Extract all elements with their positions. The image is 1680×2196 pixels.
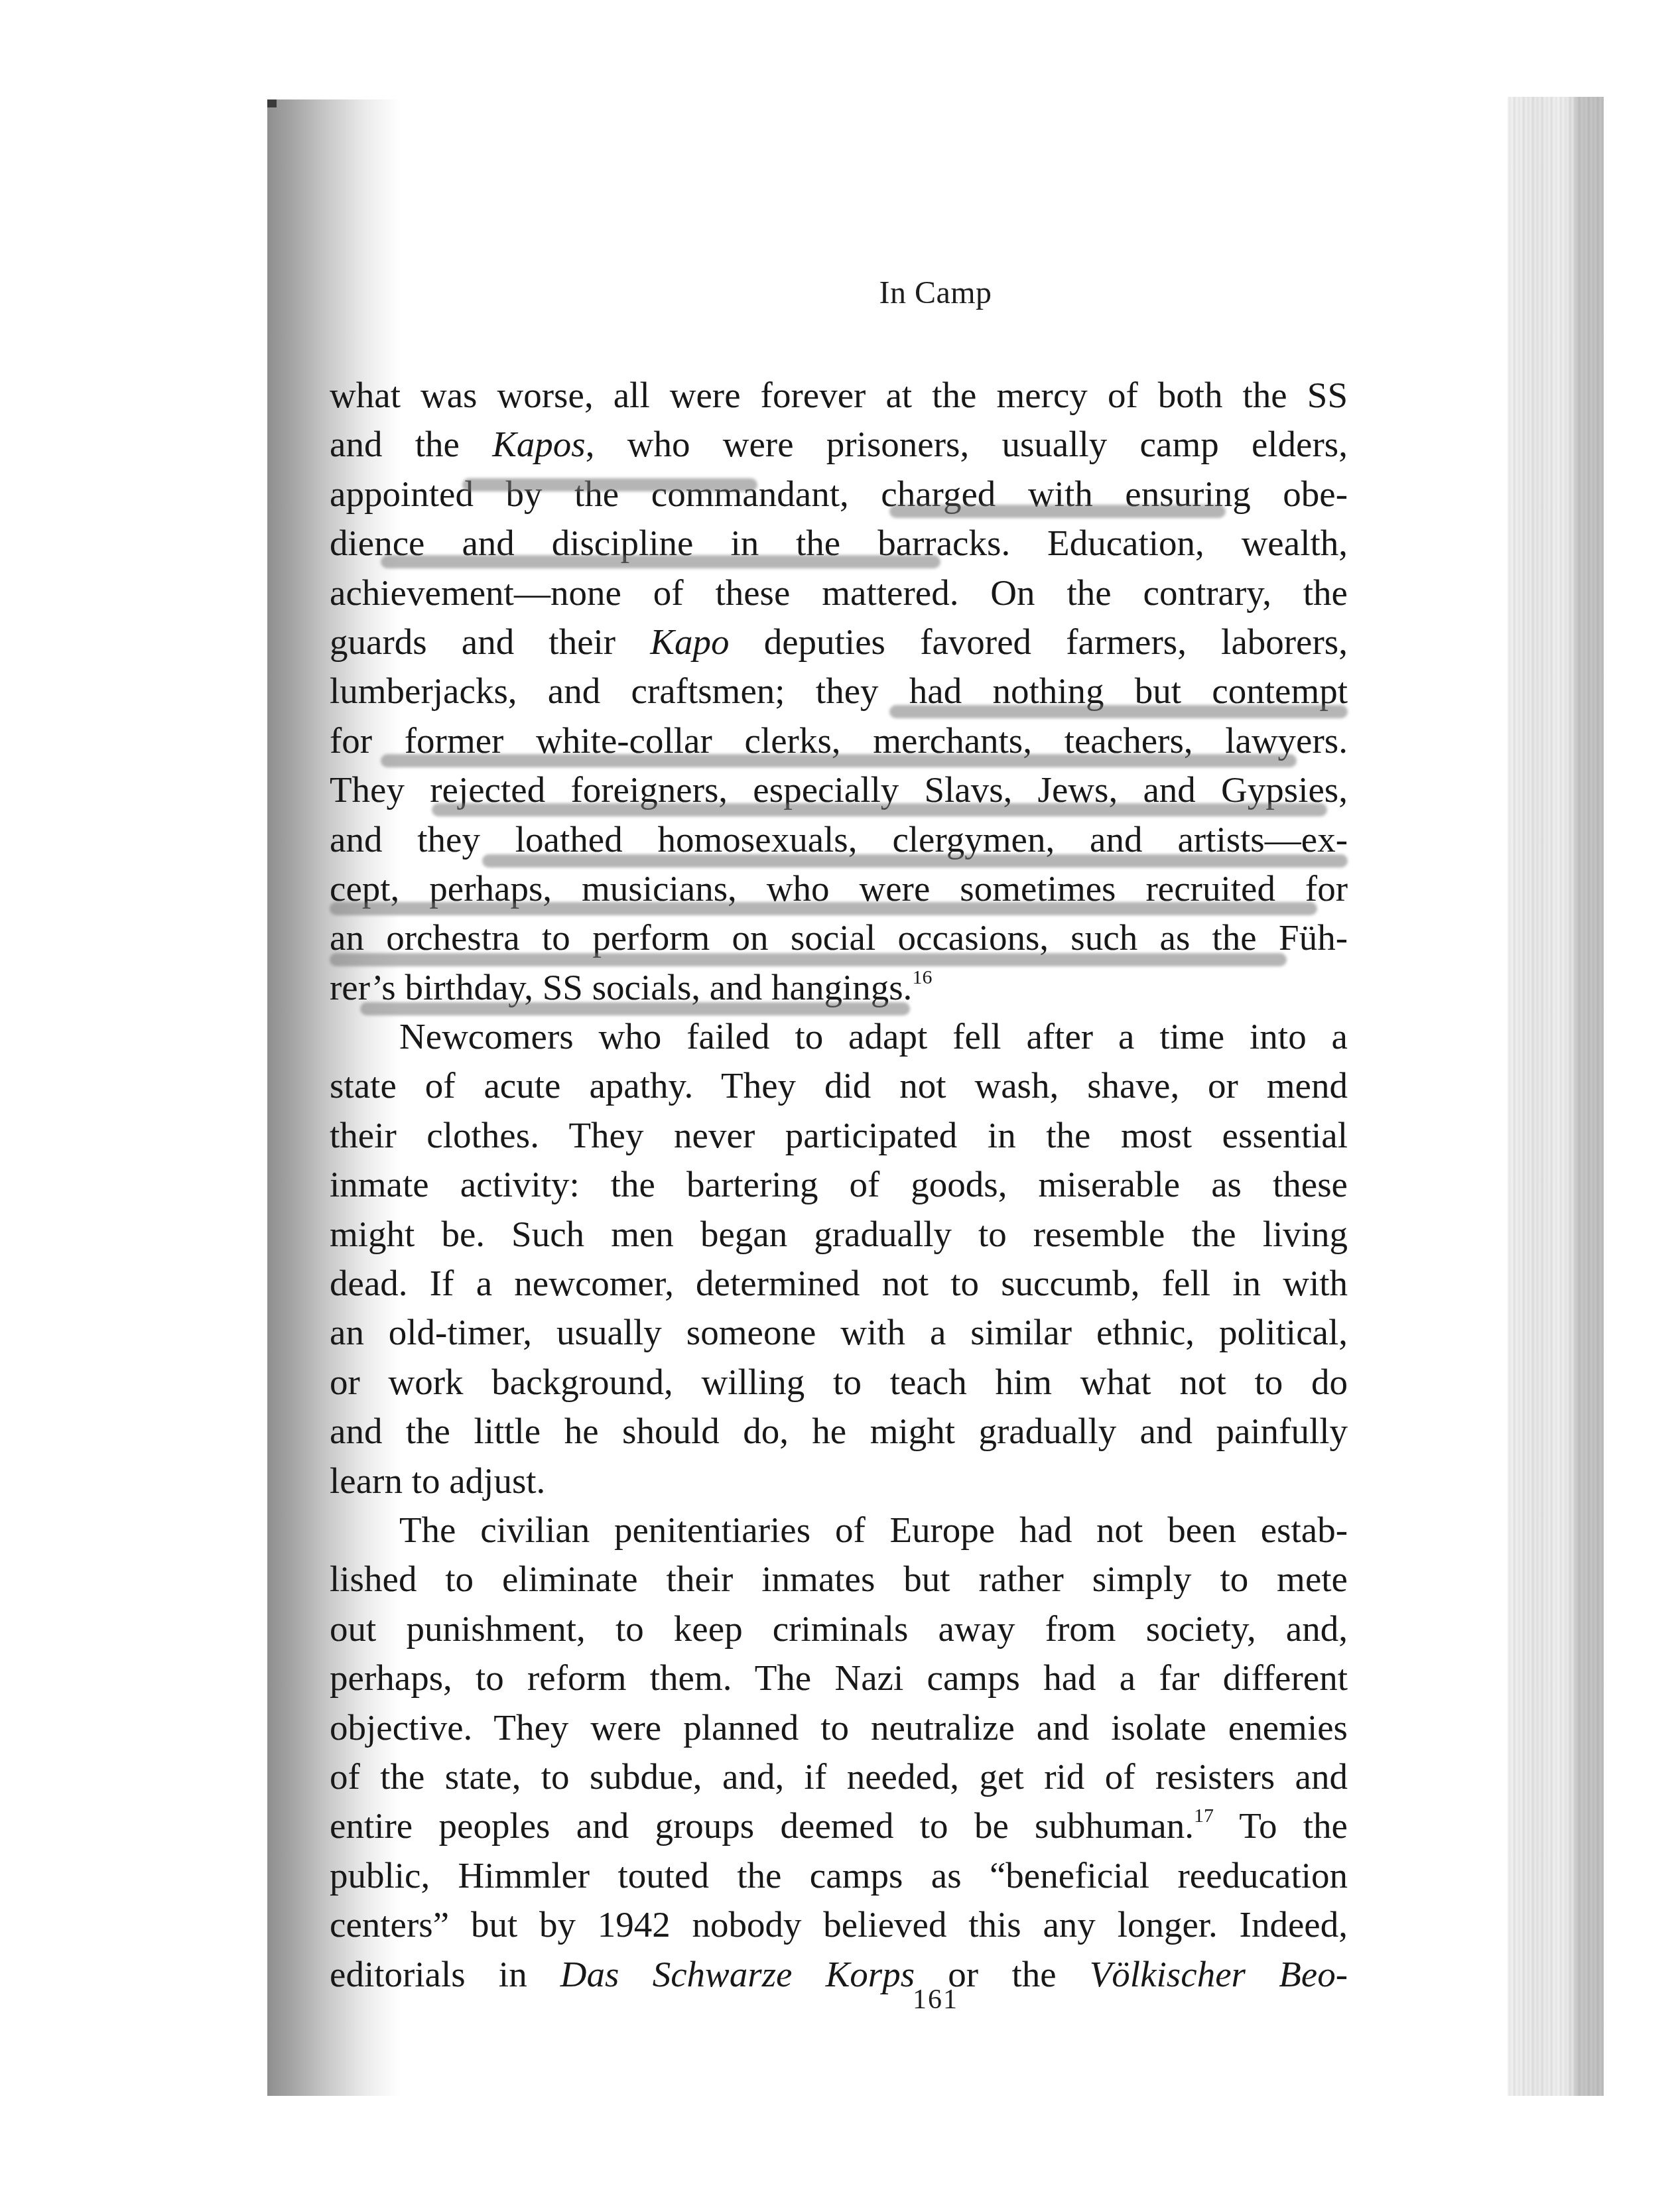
text-run: entire peoples and groups deemed to be s… xyxy=(330,1805,1194,1846)
text-line: dead. If a newcomer, determined not to s… xyxy=(330,1259,1348,1308)
highlighter-mark xyxy=(330,953,1287,966)
text-run: might be. Such men began gradually to re… xyxy=(330,1214,1348,1254)
highlighter-mark xyxy=(889,505,1226,518)
text-line: of the state, to subdue, and, if needed,… xyxy=(330,1752,1348,1801)
text-line: what was worse, all were forever at the … xyxy=(330,371,1348,420)
text-line: state of acute apathy. They did not wash… xyxy=(330,1061,1348,1110)
text-line: inmate activity: the bartering of goods,… xyxy=(330,1160,1348,1209)
text-run: deputies favored farmers, laborers, xyxy=(730,621,1348,662)
text-run: The civilian penitentiaries of Europe ha… xyxy=(399,1510,1348,1550)
text-line: might be. Such men began gradually to re… xyxy=(330,1210,1348,1259)
text-line: and the little he should do, he might gr… xyxy=(330,1407,1348,1456)
running-head: In Camp xyxy=(267,273,1604,313)
text-run: their clothes. They never participated i… xyxy=(330,1115,1348,1155)
highlighter-mark xyxy=(462,478,757,491)
text-run: , who were prisoners, usually camp elder… xyxy=(586,424,1348,464)
italic-term: Kapo xyxy=(650,621,729,662)
text-line: guards and their Kapo deputies favored f… xyxy=(330,617,1348,667)
text-line: lished to eliminate their inmates but ra… xyxy=(330,1555,1348,1604)
text-line: objective. They were planned to neutrali… xyxy=(330,1703,1348,1752)
highlighter-mark xyxy=(330,902,1317,915)
text-line: centers” but by 1942 nobody believed thi… xyxy=(330,1900,1348,1949)
text-run: or work background, willing to teach him… xyxy=(330,1362,1348,1402)
highlighter-mark xyxy=(381,555,940,568)
body-text: what was worse, all were forever at the … xyxy=(330,371,1348,1999)
highlighter-mark xyxy=(381,754,1297,767)
text-line: achievement—none of these mattered. On t… xyxy=(330,568,1348,617)
text-line: The civilian penitentiaries of Europe ha… xyxy=(330,1506,1348,1555)
text-run: guards and their xyxy=(330,621,650,662)
text-run: inmate activity: the bartering of goods,… xyxy=(330,1164,1348,1204)
text-line: public, Himmler touted the camps as “ben… xyxy=(330,1851,1348,1900)
text-run: rer’s birthday, SS socials, and hangings… xyxy=(330,967,912,1007)
text-run: public, Himmler touted the camps as “ben… xyxy=(330,1855,1348,1896)
text-run: learn to adjust. xyxy=(330,1460,545,1501)
text-line: an old-timer, usually someone with a sim… xyxy=(330,1308,1348,1357)
text-run: dead. If a newcomer, determined not to s… xyxy=(330,1263,1348,1303)
text-run: an old-timer, usually someone with a sim… xyxy=(330,1312,1348,1352)
text-run: and the xyxy=(330,424,492,464)
text-line: their clothes. They never participated i… xyxy=(330,1111,1348,1160)
text-line: learn to adjust. xyxy=(330,1456,1348,1506)
text-line: out punishment, to keep criminals away f… xyxy=(330,1604,1348,1653)
page-corner-shadow xyxy=(267,99,277,107)
text-run: centers” but by 1942 nobody believed thi… xyxy=(330,1904,1348,1945)
text-run: objective. They were planned to neutrali… xyxy=(330,1707,1348,1748)
highlighter-mark xyxy=(889,705,1348,718)
page-edge-strip xyxy=(1508,97,1604,2096)
footnote-ref: 16 xyxy=(912,966,932,988)
text-run: of the state, to subdue, and, if needed,… xyxy=(330,1756,1348,1797)
text-line: or work background, willing to teach him… xyxy=(330,1358,1348,1407)
text-run: lished to eliminate their inmates but ra… xyxy=(330,1559,1348,1599)
text-run: state of acute apathy. They did not wash… xyxy=(330,1065,1348,1106)
book-page: In Camp what was worse, all were forever… xyxy=(267,99,1604,2096)
text-run: achievement—none of these mattered. On t… xyxy=(330,572,1348,613)
text-line: and the Kapos, who were prisoners, usual… xyxy=(330,420,1348,469)
text-line: Newcomers who failed to adapt fell after… xyxy=(330,1012,1348,1061)
text-run: Newcomers who failed to adapt fell after… xyxy=(399,1016,1348,1057)
text-line: entire peoples and groups deemed to be s… xyxy=(330,1801,1348,1850)
italic-term: Kapos xyxy=(492,424,586,464)
text-run: what was worse, all were forever at the … xyxy=(330,375,1348,415)
text-run: out punishment, to keep criminals away f… xyxy=(330,1608,1348,1649)
text-run: and the little he should do, he might gr… xyxy=(330,1411,1348,1451)
footnote-ref: 17 xyxy=(1194,1805,1214,1827)
text-run: an orchestra to perform on social occasi… xyxy=(330,917,1348,958)
text-run: To the xyxy=(1214,1805,1348,1846)
highlighter-mark xyxy=(482,854,1348,868)
text-line: perhaps, to reform them. The Nazi camps … xyxy=(330,1653,1348,1703)
page-number: 161 xyxy=(267,1983,1604,2016)
highlighter-mark xyxy=(360,1002,910,1015)
text-run: and they loathed homosexuals, clergymen,… xyxy=(330,819,1348,860)
text-run: perhaps, to reform them. The Nazi camps … xyxy=(330,1657,1348,1698)
highlighter-mark xyxy=(432,803,1328,816)
